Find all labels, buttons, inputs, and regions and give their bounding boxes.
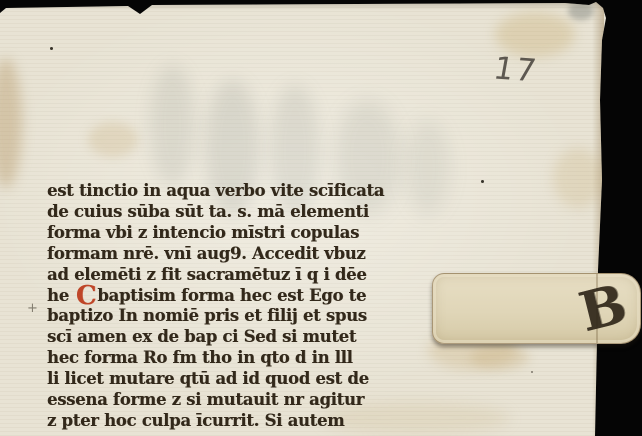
text-line-rest: baptisim forma hec est Ego te [97,286,366,305]
stain [495,12,575,57]
stain [0,58,22,188]
ink-show-through [150,65,195,185]
text-line: li licet mutare qtū ad id quod est de [47,369,392,390]
text-line: baptizo In nomiē pris et filij et spus [47,306,392,327]
text-line: essena forme z si mutauit nr agitur [47,390,392,411]
fore-edge-tab: B [432,273,641,344]
page-right-edge-shadow [592,0,604,436]
margin-plus-mark: + [27,301,38,316]
text-line: est tinctio in aqua verbo vite scīficata [47,181,392,202]
folio-number: 17 [491,51,541,90]
text-line: scī amen ex de bap ci Sed si mutet [47,327,392,348]
tab-letter: B [573,271,633,344]
ink-show-through [405,120,450,215]
page-top-edge-shadow [0,0,610,10]
text-line: hec forma Ro fm tho in qto d in lll [47,348,392,369]
manuscript-page: 17 + est tinctio in aqua verbo vite scīf… [0,0,642,436]
text-line-prefix: he [47,286,69,305]
text-block: est tinctio in aqua verbo vite scīficata… [47,181,392,432]
ink-speck [531,371,533,373]
text-line: formam nrē. vnī aug9. Accedit vbuz [47,244,392,265]
text-line: z pter hoc culpa īcurrit. Si autem [47,411,392,432]
stain [470,345,530,370]
text-line: forma vbi z intencio mīstri copulas [47,223,392,244]
ink-speck [481,180,484,183]
photo-background: 17 + est tinctio in aqua verbo vite scīf… [0,0,642,436]
ink-speck [50,47,53,50]
text-line: de cuius sūba sūt ta. s. mā elementi [47,202,392,223]
text-line-with-initial: heCbaptisim forma hec est Ego te [47,286,392,307]
stain [88,122,138,157]
text-line: ad elemēti z fit sacramētuz ī q i dēe [47,265,392,286]
